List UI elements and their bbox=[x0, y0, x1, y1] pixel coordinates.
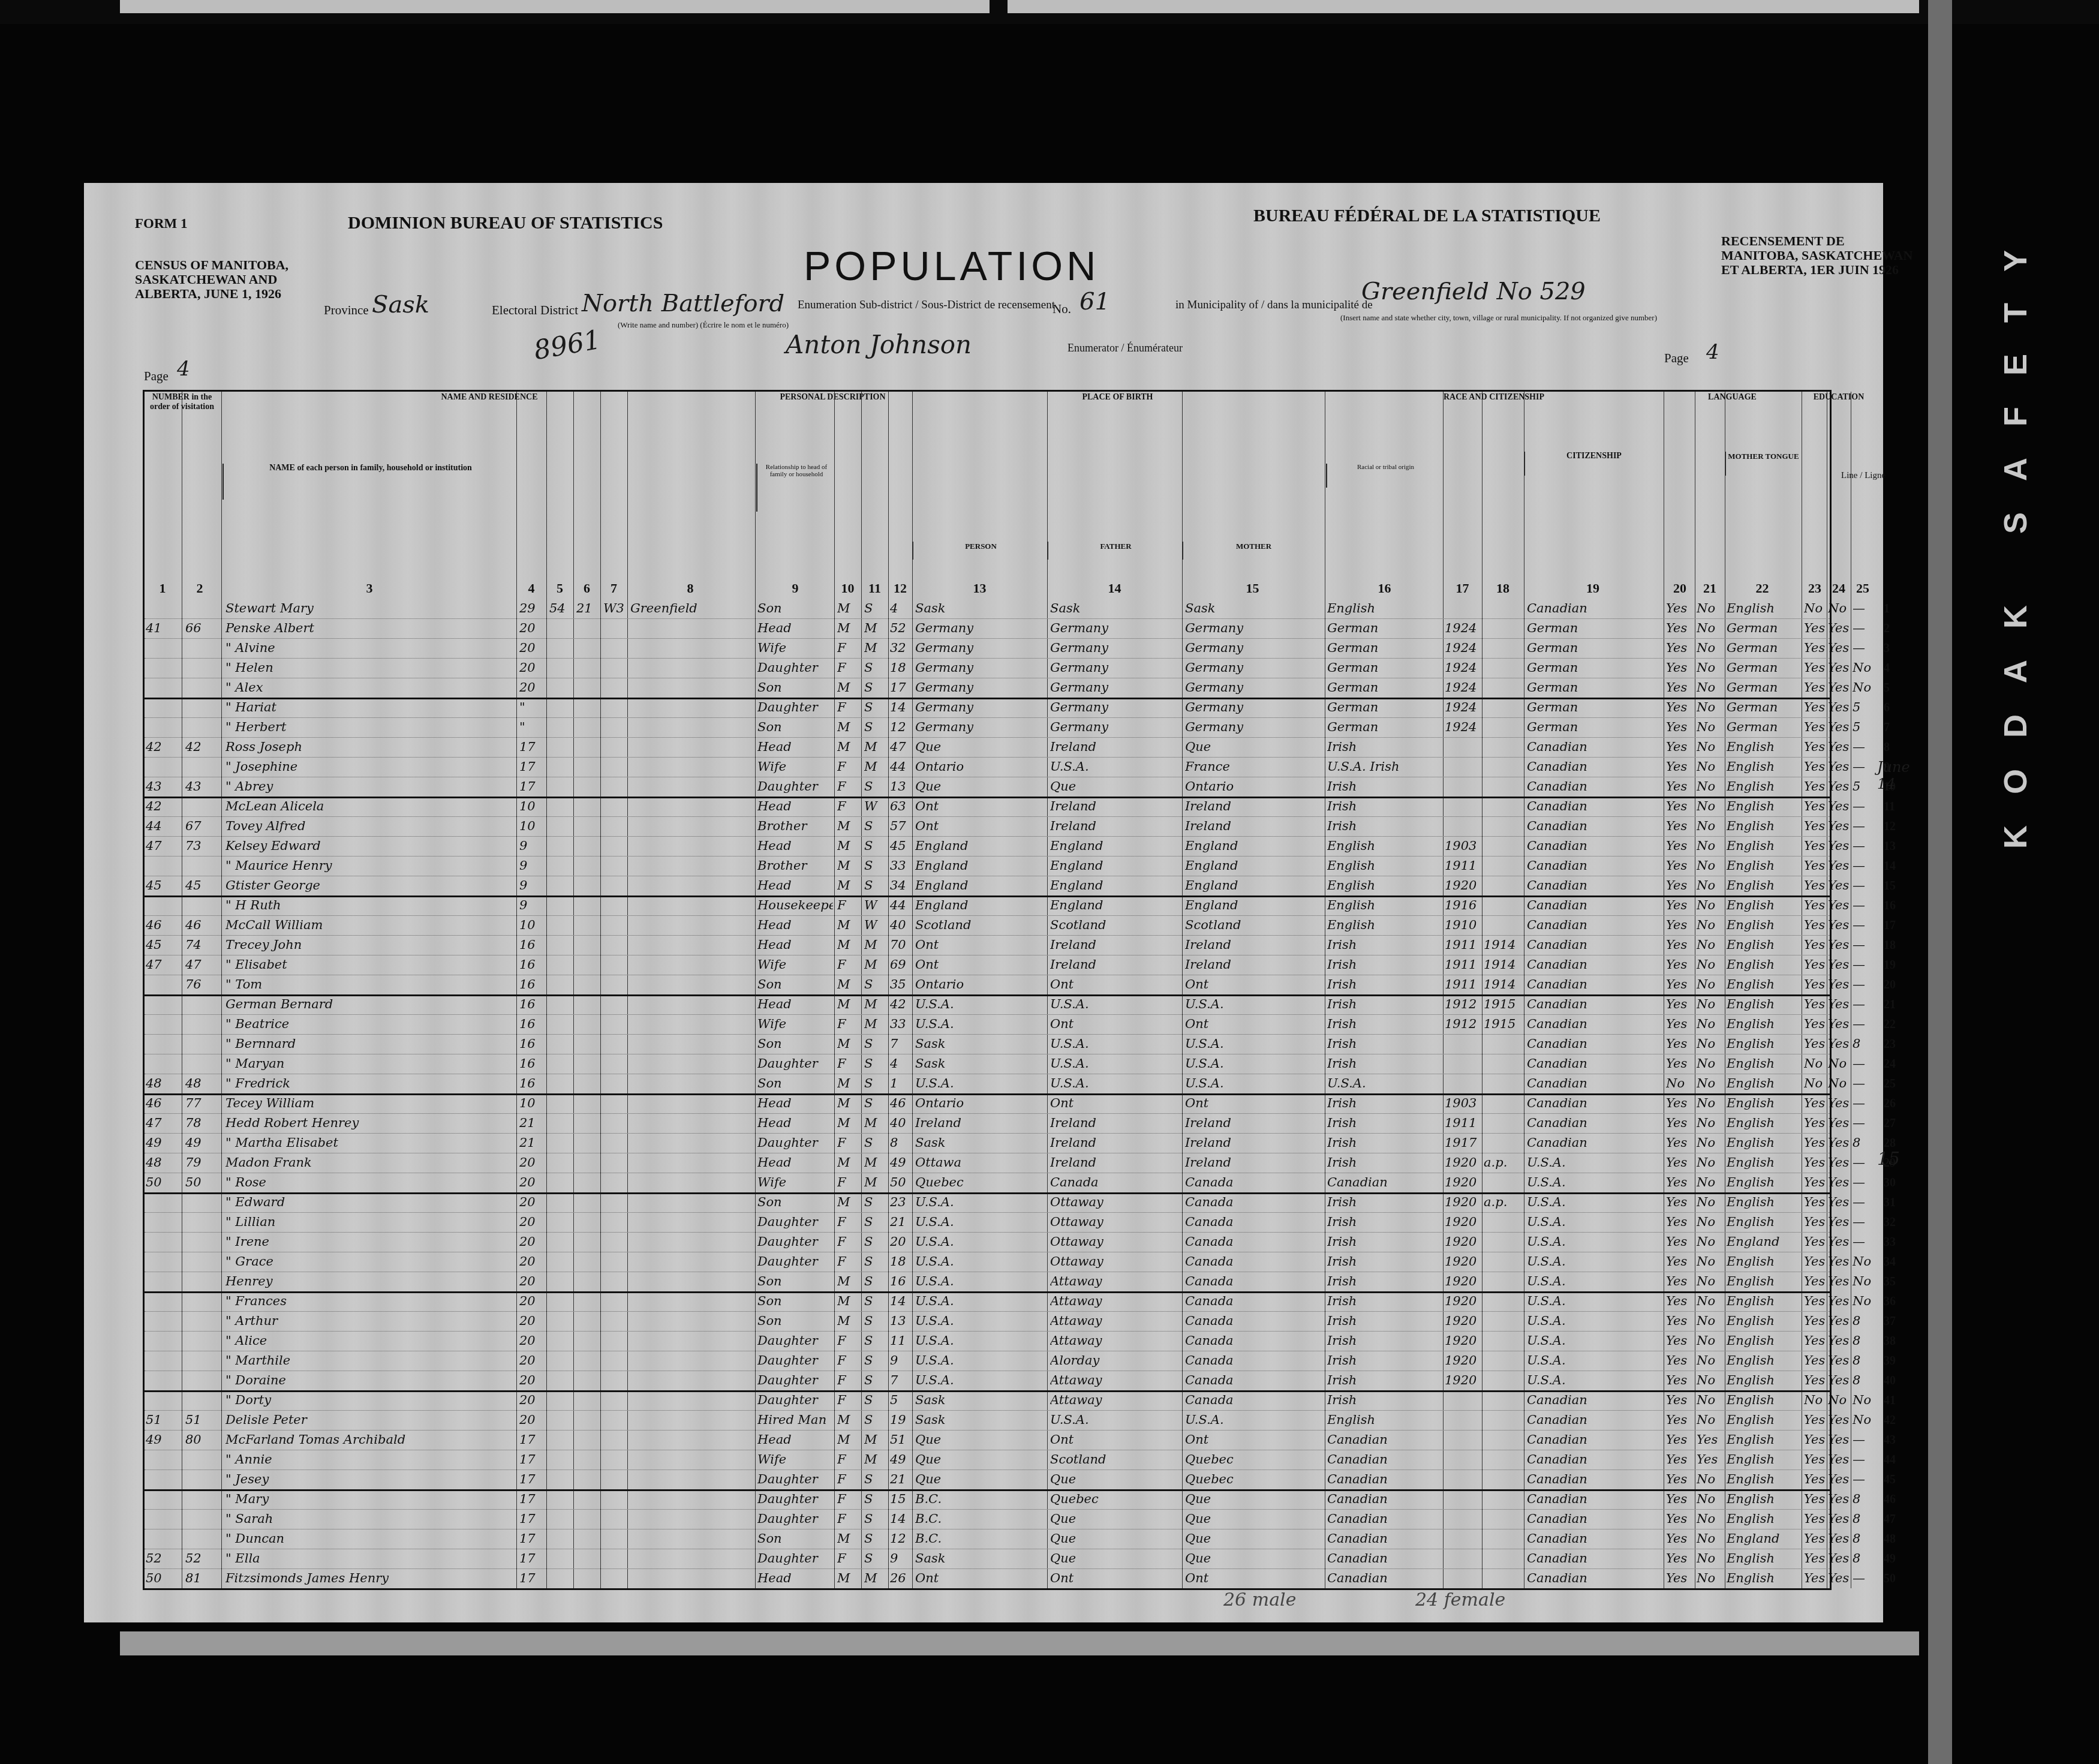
cell-school: — bbox=[1853, 898, 1874, 912]
cell-fbp: Ireland bbox=[1050, 1116, 1181, 1130]
margin-note-june: June 14 bbox=[1877, 759, 1910, 792]
cell-bp: Ontario bbox=[915, 977, 1046, 991]
cell-dw: 52 bbox=[146, 1551, 179, 1565]
cell-school: No bbox=[1853, 1254, 1874, 1269]
col-num-22: 22 bbox=[1725, 581, 1800, 596]
cell-mbp: U.S.A. bbox=[1185, 1036, 1323, 1051]
col-num-3: 3 bbox=[222, 581, 516, 596]
cell-name: " Annie bbox=[225, 1452, 513, 1467]
col-num-5: 5 bbox=[546, 581, 573, 596]
cell-mbp: Ont bbox=[1185, 1096, 1323, 1110]
cell-name: " Dorty bbox=[225, 1393, 513, 1407]
cell-ms: S bbox=[864, 1096, 887, 1110]
cell-fam: 67 bbox=[185, 819, 218, 833]
cell-read: Yes bbox=[1804, 1571, 1827, 1585]
cell-bp: B.C. bbox=[915, 1531, 1046, 1546]
cell-cit: German bbox=[1527, 621, 1662, 635]
col-num-18: 18 bbox=[1482, 581, 1524, 596]
cell-fr: No bbox=[1697, 878, 1724, 892]
cell-mbp: Germany bbox=[1185, 680, 1323, 695]
cell-age: 8 bbox=[890, 1135, 912, 1150]
cell-school: — bbox=[1853, 1234, 1874, 1249]
line-number: 23 bbox=[1884, 1038, 1896, 1051]
table-row: 4166Penske Albert20HeadMM52GermanyGerman… bbox=[145, 618, 1830, 639]
cell-fbp: Germany bbox=[1050, 660, 1181, 675]
cell-tongue: English bbox=[1727, 858, 1801, 873]
cell-mbp: Ireland bbox=[1185, 937, 1323, 952]
cell-school: 8 bbox=[1853, 1353, 1874, 1368]
cell-school: — bbox=[1853, 1432, 1874, 1447]
cell-sec: 9 bbox=[519, 858, 546, 873]
col-head-father: FATHER bbox=[1047, 542, 1183, 560]
cell-name: " Hariat bbox=[225, 700, 513, 714]
cell-write: Yes bbox=[1828, 1333, 1851, 1348]
cell-fbp: Ireland bbox=[1050, 819, 1181, 833]
cell-bp: Que bbox=[915, 1472, 1046, 1486]
table-row: " Herbert"SonMS12GermanyGermanyGermanyGe… bbox=[145, 717, 1830, 738]
cell-ms: M bbox=[864, 759, 887, 774]
cell-imm: 1911 bbox=[1445, 937, 1481, 952]
cell-sex: M bbox=[837, 1274, 860, 1288]
cell-write: No bbox=[1828, 1056, 1851, 1071]
cell-rel: Head bbox=[757, 740, 833, 754]
table-row: " Jesey17DaughterFS21QueQueQuebecCanadia… bbox=[145, 1470, 1830, 1491]
cell-rel: Head bbox=[757, 1096, 833, 1110]
cell-eng: Yes bbox=[1666, 641, 1694, 655]
cell-rel: Daughter bbox=[757, 1492, 833, 1506]
cell-eng: Yes bbox=[1666, 601, 1694, 615]
cell-ms: W bbox=[864, 898, 887, 912]
population-table: NUMBER in the order of visitation NAME A… bbox=[143, 390, 1832, 1590]
cell-read: Yes bbox=[1804, 839, 1827, 853]
line-number: 8 bbox=[1884, 741, 1890, 755]
cell-age: 19 bbox=[890, 1413, 912, 1427]
form-number: FORM 1 bbox=[135, 216, 188, 232]
cell-cit: U.S.A. bbox=[1527, 1333, 1662, 1348]
cell-fr: No bbox=[1697, 1492, 1724, 1506]
cell-origin: English bbox=[1327, 918, 1441, 932]
cell-rel: Head bbox=[757, 1571, 833, 1585]
cell-imm: 1924 bbox=[1445, 660, 1481, 675]
cell-sex: F bbox=[837, 1511, 860, 1526]
table-row: " Beatrice16WifeFM33U.S.A.OntOntIrish191… bbox=[145, 1014, 1830, 1035]
cell-sex: M bbox=[837, 1096, 860, 1110]
cell-sex: M bbox=[837, 740, 860, 754]
subdistrict-label: Enumeration Sub-district / Sous-District… bbox=[798, 299, 1055, 312]
cell-rel: Daughter bbox=[757, 1393, 833, 1407]
cell-sec: 17 bbox=[519, 779, 546, 794]
cell-age: 21 bbox=[890, 1215, 912, 1229]
cell-write: Yes bbox=[1828, 740, 1851, 754]
cell-fbp: Alorday bbox=[1050, 1353, 1181, 1368]
cell-tongue: English bbox=[1727, 898, 1801, 912]
cell-bp: Sask bbox=[915, 1393, 1046, 1407]
cell-ms: S bbox=[864, 1135, 887, 1150]
cell-tongue: English bbox=[1727, 977, 1801, 991]
cell-write: Yes bbox=[1828, 1234, 1851, 1249]
line-number: 27 bbox=[1884, 1117, 1896, 1131]
col-num-11: 11 bbox=[861, 581, 888, 596]
cell-bp: Ottawa bbox=[915, 1155, 1046, 1170]
cell-read: No bbox=[1804, 1076, 1827, 1090]
cell-mbp: Canada bbox=[1185, 1333, 1323, 1348]
cell-tongue: English bbox=[1727, 918, 1801, 932]
cell-rel: Head bbox=[757, 799, 833, 813]
cell-fam: 66 bbox=[185, 621, 218, 635]
line-number: 6 bbox=[1884, 701, 1890, 715]
cell-name: " Edward bbox=[225, 1195, 513, 1209]
cell-read: Yes bbox=[1804, 1333, 1827, 1348]
line-number: 39 bbox=[1884, 1354, 1896, 1368]
cell-imm: 1912 bbox=[1445, 997, 1481, 1011]
cell-read: No bbox=[1804, 601, 1827, 615]
cell-rel: Wife bbox=[757, 1452, 833, 1467]
cell-mbp: Que bbox=[1185, 1531, 1323, 1546]
cell-write: Yes bbox=[1828, 1472, 1851, 1486]
cell-cit: Canadian bbox=[1527, 1056, 1662, 1071]
cell-school: No bbox=[1853, 680, 1874, 695]
cell-sec: 17 bbox=[519, 1472, 546, 1486]
electoral-district-value: North Battleford bbox=[582, 290, 784, 317]
cell-name: Gtister George bbox=[225, 878, 513, 892]
page-title: POPULATION bbox=[804, 243, 1099, 290]
cell-age: 32 bbox=[890, 641, 912, 655]
cell-sex: F bbox=[837, 957, 860, 972]
cell-fbp: England bbox=[1050, 858, 1181, 873]
cell-mbp: Ireland bbox=[1185, 1135, 1323, 1150]
line-number: 7 bbox=[1884, 721, 1890, 735]
cell-name: " Irene bbox=[225, 1234, 513, 1249]
line-number: 33 bbox=[1884, 1236, 1896, 1249]
cell-name: " Doraine bbox=[225, 1373, 513, 1387]
cell-mbp: Ontario bbox=[1185, 779, 1323, 794]
cell-sec: 9 bbox=[519, 898, 546, 912]
stamp-number: 8961 bbox=[531, 324, 603, 366]
cell-tongue: English bbox=[1727, 878, 1801, 892]
table-row: 4747" Elisabet16WifeFM69OntIrelandIrelan… bbox=[145, 955, 1830, 975]
cell-age: 35 bbox=[890, 977, 912, 991]
line-number: 34 bbox=[1884, 1255, 1896, 1269]
cell-fr: No bbox=[1697, 918, 1724, 932]
col-head-citizenship: CITIZENSHIP bbox=[1524, 452, 1663, 476]
cell-ms: M bbox=[864, 1116, 887, 1130]
cell-age: 26 bbox=[890, 1571, 912, 1585]
cell-rel: Daughter bbox=[757, 1056, 833, 1071]
cell-bp: Ontario bbox=[915, 1096, 1046, 1110]
cell-name: " Marthile bbox=[225, 1353, 513, 1368]
cell-name: " Fredrick bbox=[225, 1076, 513, 1090]
cell-ms: S bbox=[864, 601, 887, 615]
cell-age: 18 bbox=[890, 1254, 912, 1269]
cell-mbp: Canada bbox=[1185, 1294, 1323, 1308]
cell-eng: Yes bbox=[1666, 918, 1694, 932]
cell-sec: 20 bbox=[519, 1393, 546, 1407]
cell-fbp: U.S.A. bbox=[1050, 1076, 1181, 1090]
cell-read: Yes bbox=[1804, 1234, 1827, 1249]
cell-rel: Head bbox=[757, 1432, 833, 1447]
cell-ms: S bbox=[864, 1393, 887, 1407]
cell-ms: S bbox=[864, 1551, 887, 1565]
cell-write: Yes bbox=[1828, 660, 1851, 675]
cell-read: Yes bbox=[1804, 641, 1827, 655]
cell-tongue: English bbox=[1727, 740, 1801, 754]
cell-bp: U.S.A. bbox=[915, 1254, 1046, 1269]
cell-bp: Quebec bbox=[915, 1175, 1046, 1189]
cell-bp: Ont bbox=[915, 937, 1046, 952]
cell-origin: Canadian bbox=[1327, 1432, 1441, 1447]
cell-origin: Irish bbox=[1327, 1314, 1441, 1328]
col-num-19: 19 bbox=[1524, 581, 1662, 596]
cell-eng: Yes bbox=[1666, 839, 1694, 853]
cell-fr: No bbox=[1697, 1135, 1724, 1150]
cell-age: 4 bbox=[890, 601, 912, 615]
cell-ms: S bbox=[864, 1195, 887, 1209]
cell-fr: No bbox=[1697, 700, 1724, 714]
cell-eng: Yes bbox=[1666, 819, 1694, 833]
cell-nat: 1915 bbox=[1484, 997, 1522, 1011]
cell-school: 8 bbox=[1853, 1036, 1874, 1051]
cell-origin: Irish bbox=[1327, 1116, 1441, 1130]
cell-eng: Yes bbox=[1666, 1195, 1694, 1209]
cell-imm: 1911 bbox=[1445, 977, 1481, 991]
cell-ms: S bbox=[864, 700, 887, 714]
cell-write: Yes bbox=[1828, 1413, 1851, 1427]
cell-mbp: England bbox=[1185, 878, 1323, 892]
cell-write: Yes bbox=[1828, 1551, 1851, 1565]
group-language: LANGUAGE bbox=[1665, 393, 1800, 402]
cell-read: Yes bbox=[1804, 1373, 1827, 1387]
cell-bp: U.S.A. bbox=[915, 1294, 1046, 1308]
cell-fbp: Ireland bbox=[1050, 1135, 1181, 1150]
cell-fbp: Quebec bbox=[1050, 1492, 1181, 1506]
cell-school: — bbox=[1853, 759, 1874, 774]
cell-age: 34 bbox=[890, 878, 912, 892]
cell-write: Yes bbox=[1828, 641, 1851, 655]
cell-write: Yes bbox=[1828, 1096, 1851, 1110]
cell-imm: 1920 bbox=[1445, 1314, 1481, 1328]
line-number: 14 bbox=[1884, 860, 1896, 873]
cell-read: Yes bbox=[1804, 700, 1827, 714]
cell-name: " Sarah bbox=[225, 1511, 513, 1526]
cell-write: Yes bbox=[1828, 1511, 1851, 1526]
cell-cit: Canadian bbox=[1527, 1393, 1662, 1407]
cell-sex: F bbox=[837, 1234, 860, 1249]
cell-cit: German bbox=[1527, 680, 1662, 695]
enumerator-label: Enumerator / Énumérateur bbox=[1067, 342, 1183, 354]
cell-school: — bbox=[1853, 1096, 1874, 1110]
cell-fbp: Attaway bbox=[1050, 1333, 1181, 1348]
cell-name: " Duncan bbox=[225, 1531, 513, 1546]
cell-school: — bbox=[1853, 1571, 1874, 1585]
cell-rel: Brother bbox=[757, 858, 833, 873]
cell-fbp: Germany bbox=[1050, 641, 1181, 655]
cell-fbp: England bbox=[1050, 878, 1181, 892]
cell-origin: Irish bbox=[1327, 937, 1441, 952]
cell-ms: M bbox=[864, 937, 887, 952]
cell-fbp: Ireland bbox=[1050, 1155, 1181, 1170]
cell-fam: 45 bbox=[185, 878, 218, 892]
cell-read: Yes bbox=[1804, 977, 1827, 991]
cell-fbp: U.S.A. bbox=[1050, 1036, 1181, 1051]
cell-origin: U.S.A. bbox=[1327, 1076, 1441, 1090]
cell-ms: S bbox=[864, 839, 887, 853]
col-num-9: 9 bbox=[756, 581, 834, 596]
cell-eng: Yes bbox=[1666, 1314, 1694, 1328]
cell-cit: U.S.A. bbox=[1527, 1353, 1662, 1368]
cell-mbp: Ireland bbox=[1185, 1155, 1323, 1170]
cell-write: Yes bbox=[1828, 977, 1851, 991]
cell-name: " Alvine bbox=[225, 641, 513, 655]
cell-bp: England bbox=[915, 858, 1046, 873]
cell-fbp: Germany bbox=[1050, 621, 1181, 635]
cell-sex: F bbox=[837, 1373, 860, 1387]
cell-origin: German bbox=[1327, 720, 1441, 734]
cell-sec: 20 bbox=[519, 1373, 546, 1387]
cell-eng: Yes bbox=[1666, 1096, 1694, 1110]
cell-read: Yes bbox=[1804, 1155, 1827, 1170]
cell-read: Yes bbox=[1804, 819, 1827, 833]
cell-name: " Jesey bbox=[225, 1472, 513, 1486]
cell-ms: S bbox=[864, 858, 887, 873]
cell-nat: 1914 bbox=[1484, 977, 1522, 991]
cell-bp: Germany bbox=[915, 680, 1046, 695]
cell-sec: 10 bbox=[519, 799, 546, 813]
cell-twp: 54 bbox=[549, 601, 573, 615]
cell-cit: U.S.A. bbox=[1527, 1294, 1662, 1308]
line-number: 24 bbox=[1884, 1057, 1896, 1071]
cell-bp: U.S.A. bbox=[915, 1215, 1046, 1229]
cell-read: Yes bbox=[1804, 918, 1827, 932]
cell-name: Fitzsimonds James Henry bbox=[225, 1571, 513, 1585]
cell-origin: English bbox=[1327, 898, 1441, 912]
cell-bp: U.S.A. bbox=[915, 1373, 1046, 1387]
cell-mbp: U.S.A. bbox=[1185, 997, 1323, 1011]
col-num-21: 21 bbox=[1695, 581, 1725, 596]
cell-rel: Wife bbox=[757, 957, 833, 972]
cell-sex: M bbox=[837, 977, 860, 991]
cell-rel: Son bbox=[757, 977, 833, 991]
cell-bp: Que bbox=[915, 779, 1046, 794]
cell-bp: Sask bbox=[915, 1413, 1046, 1427]
cell-fr: No bbox=[1697, 1254, 1724, 1269]
cell-origin: Irish bbox=[1327, 1294, 1441, 1308]
cell-sex: M bbox=[837, 1116, 860, 1130]
cell-eng: Yes bbox=[1666, 997, 1694, 1011]
cell-read: Yes bbox=[1804, 1432, 1827, 1447]
cell-sex: F bbox=[837, 1472, 860, 1486]
cell-name: " Helen bbox=[225, 660, 513, 675]
cell-eng: Yes bbox=[1666, 1294, 1694, 1308]
cell-school: — bbox=[1853, 858, 1874, 873]
cell-imm: 1924 bbox=[1445, 680, 1481, 695]
cell-imm: 1920 bbox=[1445, 1234, 1481, 1249]
municipality-note: (Insert name and state whether city, tow… bbox=[1340, 314, 1657, 322]
cell-fr: No bbox=[1697, 977, 1724, 991]
cell-mbp: Canada bbox=[1185, 1175, 1323, 1189]
cell-read: Yes bbox=[1804, 937, 1827, 952]
cell-age: 13 bbox=[890, 1314, 912, 1328]
cell-sec: 20 bbox=[519, 1175, 546, 1189]
cell-eng: Yes bbox=[1666, 1373, 1694, 1387]
cell-ms: M bbox=[864, 1155, 887, 1170]
census-title-en: CENSUS OF MANITOBA, SASKATCHEWAN AND ALB… bbox=[135, 258, 291, 301]
cell-write: Yes bbox=[1828, 1294, 1851, 1308]
cell-muni: Greenfield bbox=[630, 601, 750, 615]
cell-rge: 21 bbox=[576, 601, 600, 615]
cell-rel: Wife bbox=[757, 1175, 833, 1189]
cell-read: Yes bbox=[1804, 957, 1827, 972]
cell-mbp: England bbox=[1185, 898, 1323, 912]
cell-write: Yes bbox=[1828, 1373, 1851, 1387]
cell-tongue: English bbox=[1727, 1076, 1801, 1090]
cell-imm: 1920 bbox=[1445, 1353, 1481, 1368]
cell-origin: German bbox=[1327, 680, 1441, 695]
cell-imm: 1916 bbox=[1445, 898, 1481, 912]
cell-rel: Son bbox=[757, 720, 833, 734]
cell-fr: No bbox=[1697, 601, 1724, 615]
cell-fam: 77 bbox=[185, 1096, 218, 1110]
cell-age: 14 bbox=[890, 1294, 912, 1308]
cell-tongue: English bbox=[1727, 1195, 1801, 1209]
cell-sex: F bbox=[837, 1135, 860, 1150]
cell-school: 8 bbox=[1853, 1135, 1874, 1150]
cell-sex: M bbox=[837, 937, 860, 952]
cell-mbp: Canada bbox=[1185, 1195, 1323, 1209]
cell-dw: 51 bbox=[146, 1413, 179, 1427]
cell-write: No bbox=[1828, 601, 1851, 615]
cell-sex: M bbox=[837, 1432, 860, 1447]
cell-sex: M bbox=[837, 1413, 860, 1427]
cell-rel: Daughter bbox=[757, 1353, 833, 1368]
cell-ms: S bbox=[864, 660, 887, 675]
cell-fbp: Attaway bbox=[1050, 1393, 1181, 1407]
cell-read: Yes bbox=[1804, 1492, 1827, 1506]
table-row: " Alvine20WifeFM32GermanyGermanyGermanyG… bbox=[145, 638, 1830, 659]
cell-origin: English bbox=[1327, 1413, 1441, 1427]
cell-write: Yes bbox=[1828, 819, 1851, 833]
table-row: 76" Tom16SonMS35OntarioOntOntIrish191119… bbox=[145, 975, 1830, 996]
cell-tongue: England bbox=[1727, 1234, 1801, 1249]
cell-mbp: Ireland bbox=[1185, 799, 1323, 813]
cell-read: Yes bbox=[1804, 1314, 1827, 1328]
cell-origin: Irish bbox=[1327, 1155, 1441, 1170]
cell-school: — bbox=[1853, 1116, 1874, 1130]
col-num-13: 13 bbox=[912, 581, 1047, 596]
table-row: " H Ruth9HousekeeperFW44EnglandEnglandEn… bbox=[145, 895, 1830, 916]
cell-sex: M bbox=[837, 1294, 860, 1308]
cell-write: Yes bbox=[1828, 1432, 1851, 1447]
cell-write: Yes bbox=[1828, 1492, 1851, 1506]
table-row: " Edward20SonMS23U.S.A.OttawayCanadaIris… bbox=[145, 1192, 1830, 1213]
cell-fbp: U.S.A. bbox=[1050, 759, 1181, 774]
cell-bp: U.S.A. bbox=[915, 1353, 1046, 1368]
cell-fam: 78 bbox=[185, 1116, 218, 1130]
cell-write: Yes bbox=[1828, 799, 1851, 813]
cell-read: Yes bbox=[1804, 720, 1827, 734]
table-row: " Josephine17WifeFM44OntarioU.S.A.France… bbox=[145, 757, 1830, 777]
cell-name: Penske Albert bbox=[225, 621, 513, 635]
cell-sec: 10 bbox=[519, 1096, 546, 1110]
cell-imm: 1911 bbox=[1445, 1116, 1481, 1130]
cell-nat: a.p. bbox=[1484, 1155, 1522, 1170]
cell-school: — bbox=[1853, 977, 1874, 991]
cell-sex: M bbox=[837, 839, 860, 853]
cell-fbp: Ont bbox=[1050, 977, 1181, 991]
table-row: Henrey20SonMS16U.S.A.AttawayCanadaIrish1… bbox=[145, 1272, 1830, 1293]
cell-rel: Daughter bbox=[757, 1333, 833, 1348]
table-row: 5050" Rose20WifeFM50QuebecCanadaCanadaCa… bbox=[145, 1173, 1830, 1194]
cell-fam: 74 bbox=[185, 937, 218, 952]
